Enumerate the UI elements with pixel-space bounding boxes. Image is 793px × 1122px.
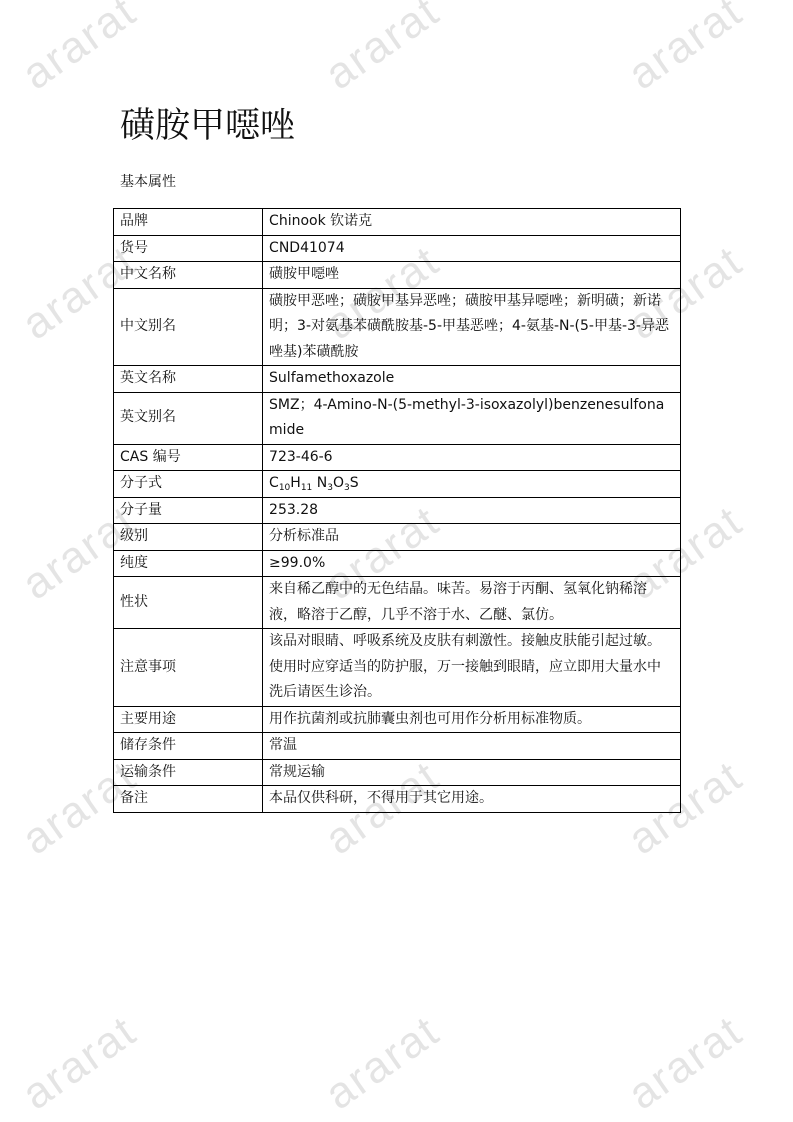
property-key: 运输条件 [114, 759, 263, 786]
watermark: ararat [13, 1006, 146, 1120]
property-key: 英文名称 [114, 366, 263, 393]
property-value: SMZ；4-Amino-N-(5-methyl-3-isoxazolyl)ben… [263, 392, 681, 444]
property-value: 723-46-6 [263, 444, 681, 471]
table-row: 中文名称磺胺甲噁唑 [114, 262, 681, 289]
property-value: 253.28 [263, 497, 681, 524]
watermark: ararat [619, 1006, 752, 1120]
property-value: 磺胺甲恶唑；磺胺甲基异恶唑；磺胺甲基异噁唑；新明磺；新诺明；3-对氨基苯磺酰胺基… [263, 288, 681, 366]
table-row: 纯度≥99.0% [114, 550, 681, 577]
property-key: CAS 编号 [114, 444, 263, 471]
property-value: 磺胺甲噁唑 [263, 262, 681, 289]
property-value: CND41074 [263, 235, 681, 262]
property-value: Chinook 钦诺克 [263, 209, 681, 236]
property-key: 分子量 [114, 497, 263, 524]
table-row: 主要用途用作抗菌剂或抗肺囊虫剂也可用作分析用标准物质。 [114, 706, 681, 733]
table-row: 性状来自稀乙醇中的无色结晶。味苦。易溶于丙酮、氢氧化钠稀溶液，略溶于乙醇，几乎不… [114, 577, 681, 629]
property-key: 货号 [114, 235, 263, 262]
property-value: 分析标准品 [263, 524, 681, 551]
property-value: 该品对眼睛、呼吸系统及皮肤有刺激性。接触皮肤能引起过敏。使用时应穿适当的防护服，… [263, 629, 681, 707]
watermark: ararat [316, 0, 449, 100]
watermark: ararat [316, 1006, 449, 1120]
property-key: 主要用途 [114, 706, 263, 733]
property-key: 分子式 [114, 471, 263, 498]
property-key: 注意事项 [114, 629, 263, 707]
property-key: 品牌 [114, 209, 263, 236]
molecular-formula: C10H11 N3O3S [263, 471, 681, 498]
property-value: 本品仅供科研，不得用于其它用途。 [263, 786, 681, 813]
page-title: 磺胺甲噁唑 [120, 104, 295, 148]
property-key: 中文别名 [114, 288, 263, 366]
property-key: 英文别名 [114, 392, 263, 444]
property-key: 备注 [114, 786, 263, 813]
watermark: ararat [13, 0, 146, 100]
property-value: ≥99.0% [263, 550, 681, 577]
table-row: 运输条件常规运输 [114, 759, 681, 786]
table-row: 注意事项该品对眼睛、呼吸系统及皮肤有刺激性。接触皮肤能引起过敏。使用时应穿适当的… [114, 629, 681, 707]
properties-table: 品牌Chinook 钦诺克 货号CND41074 中文名称磺胺甲噁唑 中文别名磺… [113, 208, 681, 813]
property-value: 来自稀乙醇中的无色结晶。味苦。易溶于丙酮、氢氧化钠稀溶液，略溶于乙醇，几乎不溶于… [263, 577, 681, 629]
table-row: 储存条件常温 [114, 733, 681, 760]
watermark: ararat [619, 0, 752, 100]
table-row: 分子量253.28 [114, 497, 681, 524]
property-key: 储存条件 [114, 733, 263, 760]
table-row: 货号CND41074 [114, 235, 681, 262]
property-key: 级别 [114, 524, 263, 551]
table-row: 英文别名SMZ；4-Amino-N-(5-methyl-3-isoxazolyl… [114, 392, 681, 444]
property-value: Sulfamethoxazole [263, 366, 681, 393]
table-row: 英文名称Sulfamethoxazole [114, 366, 681, 393]
table-row: 备注本品仅供科研，不得用于其它用途。 [114, 786, 681, 813]
property-key: 中文名称 [114, 262, 263, 289]
property-value: 用作抗菌剂或抗肺囊虫剂也可用作分析用标准物质。 [263, 706, 681, 733]
property-value: 常规运输 [263, 759, 681, 786]
table-row: 分子式 C10H11 N3O3S [114, 471, 681, 498]
property-key: 性状 [114, 577, 263, 629]
property-value: 常温 [263, 733, 681, 760]
table-row: 级别分析标准品 [114, 524, 681, 551]
section-heading: 基本属性 [120, 172, 176, 192]
table-row: 品牌Chinook 钦诺克 [114, 209, 681, 236]
table-row: 中文别名磺胺甲恶唑；磺胺甲基异恶唑；磺胺甲基异噁唑；新明磺；新诺明；3-对氨基苯… [114, 288, 681, 366]
property-key: 纯度 [114, 550, 263, 577]
table-row: CAS 编号723-46-6 [114, 444, 681, 471]
